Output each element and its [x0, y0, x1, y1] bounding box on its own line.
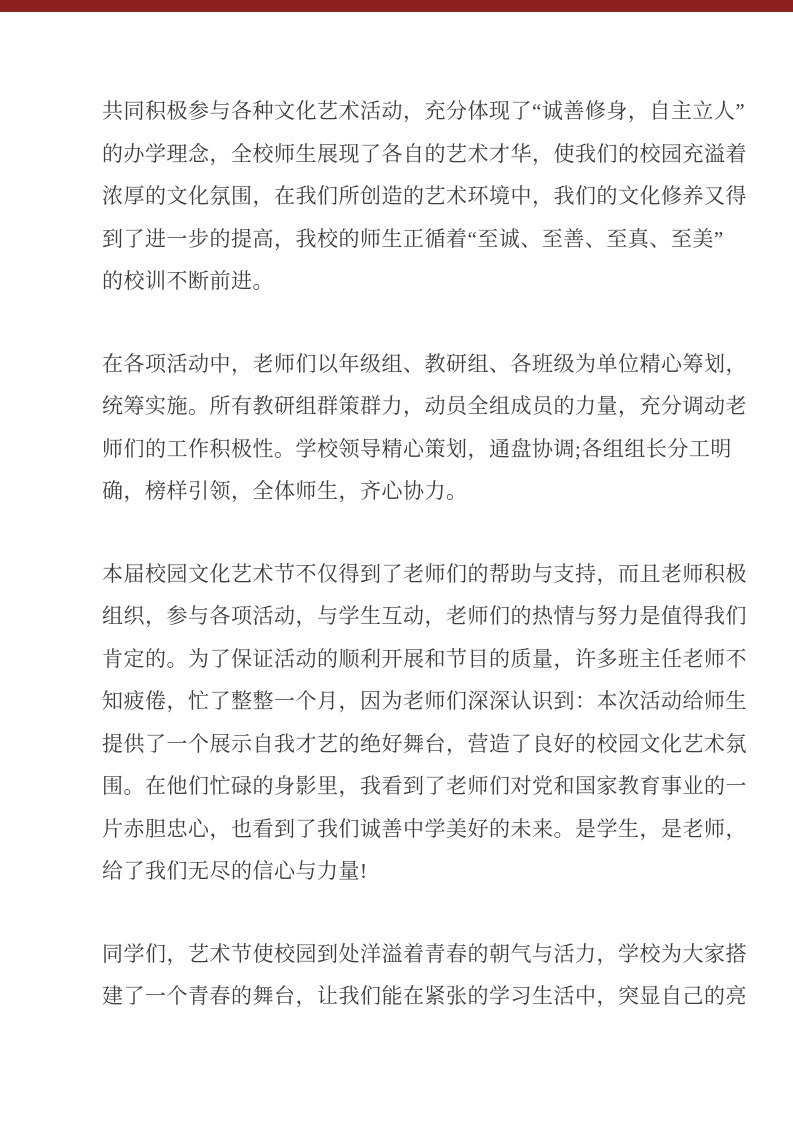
paragraph: 在各项活动中，老师们以年级组、教研组、各班级为单位精心筹划， 统筹实施。所有教研… — [102, 343, 692, 513]
paragraph: 同学们，艺术节使校园到处洋溢着青春的朝气与活力，学校为大家搭 建了一个青春的舞台… — [102, 933, 692, 1018]
text-line: 给了我们无尽的信心与力量! — [102, 850, 692, 893]
text-line: 围。在他们忙碌的身影里，我看到了老师们对党和国家教育事业的一 — [102, 765, 692, 808]
text-line: 知疲倦，忙了整整一个月，因为老师们深深认识到：本次活动给师生 — [102, 680, 692, 723]
text-line: 统筹实施。所有教研组群策群力，动员全组成员的力量，充分调动老 — [102, 385, 692, 428]
paragraph: 共同积极参与各种文化艺术活动，充分体现了“诚善修身，自主立人” 的办学理念，全校… — [102, 90, 692, 303]
paragraph: 本届校园文化艺术节不仅得到了老师们的帮助与支持，而且老师积极 组织，参与各项活动… — [102, 553, 692, 893]
text-line: 本届校园文化艺术节不仅得到了老师们的帮助与支持，而且老师积极 — [102, 553, 692, 596]
text-line: 肯定的。为了保证活动的顺利开展和节目的质量，许多班主任老师不 — [102, 638, 692, 681]
text-line: 到了进一步的提高，我校的师生正循着“至诚、至善、至真、至美” — [102, 218, 692, 261]
text-line: 组织，参与各项活动，与学生互动，老师们的热情与努力是值得我们 — [102, 595, 692, 638]
text-line: 的校训不断前进。 — [102, 260, 692, 303]
text-line: 确，榜样引领，全体师生，齐心协力。 — [102, 470, 692, 513]
document-body: 共同积极参与各种文化艺术活动，充分体现了“诚善修身，自主立人” 的办学理念，全校… — [102, 90, 692, 1058]
text-line: 的办学理念，全校师生展现了各自的艺术才华，使我们的校园充溢着 — [102, 133, 692, 176]
text-line: 在各项活动中，老师们以年级组、教研组、各班级为单位精心筹划， — [102, 343, 692, 386]
text-line: 同学们，艺术节使校园到处洋溢着青春的朝气与活力，学校为大家搭 — [102, 933, 692, 976]
text-line: 共同积极参与各种文化艺术活动，充分体现了“诚善修身，自主立人” — [102, 90, 692, 133]
text-line: 片赤胆忠心，也看到了我们诚善中学美好的未来。是学生，是老师， — [102, 808, 692, 851]
text-line: 提供了一个展示自我才艺的绝好舞台，营造了良好的校园文化艺术氛 — [102, 723, 692, 766]
text-line: 浓厚的文化氛围，在我们所创造的艺术环境中，我们的文化修养又得 — [102, 175, 692, 218]
top-accent-bar — [0, 0, 793, 12]
text-line: 建了一个青春的舞台，让我们能在紧张的学习生活中，突显自己的亮 — [102, 975, 692, 1018]
text-line: 师们的工作积极性。学校领导精心策划，通盘协调;各组组长分工明 — [102, 428, 692, 471]
